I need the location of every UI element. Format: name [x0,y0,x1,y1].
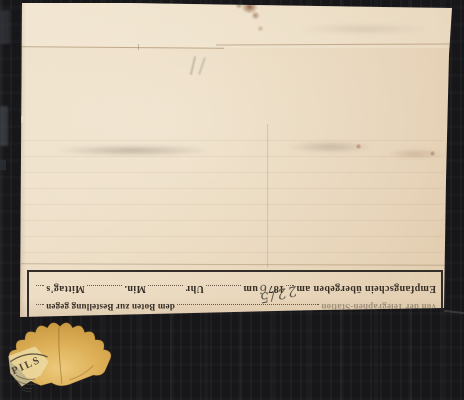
photo-stage: von der Telegraphen-Station dem Boten zu… [0,0,464,400]
photo-vignette [0,0,464,400]
